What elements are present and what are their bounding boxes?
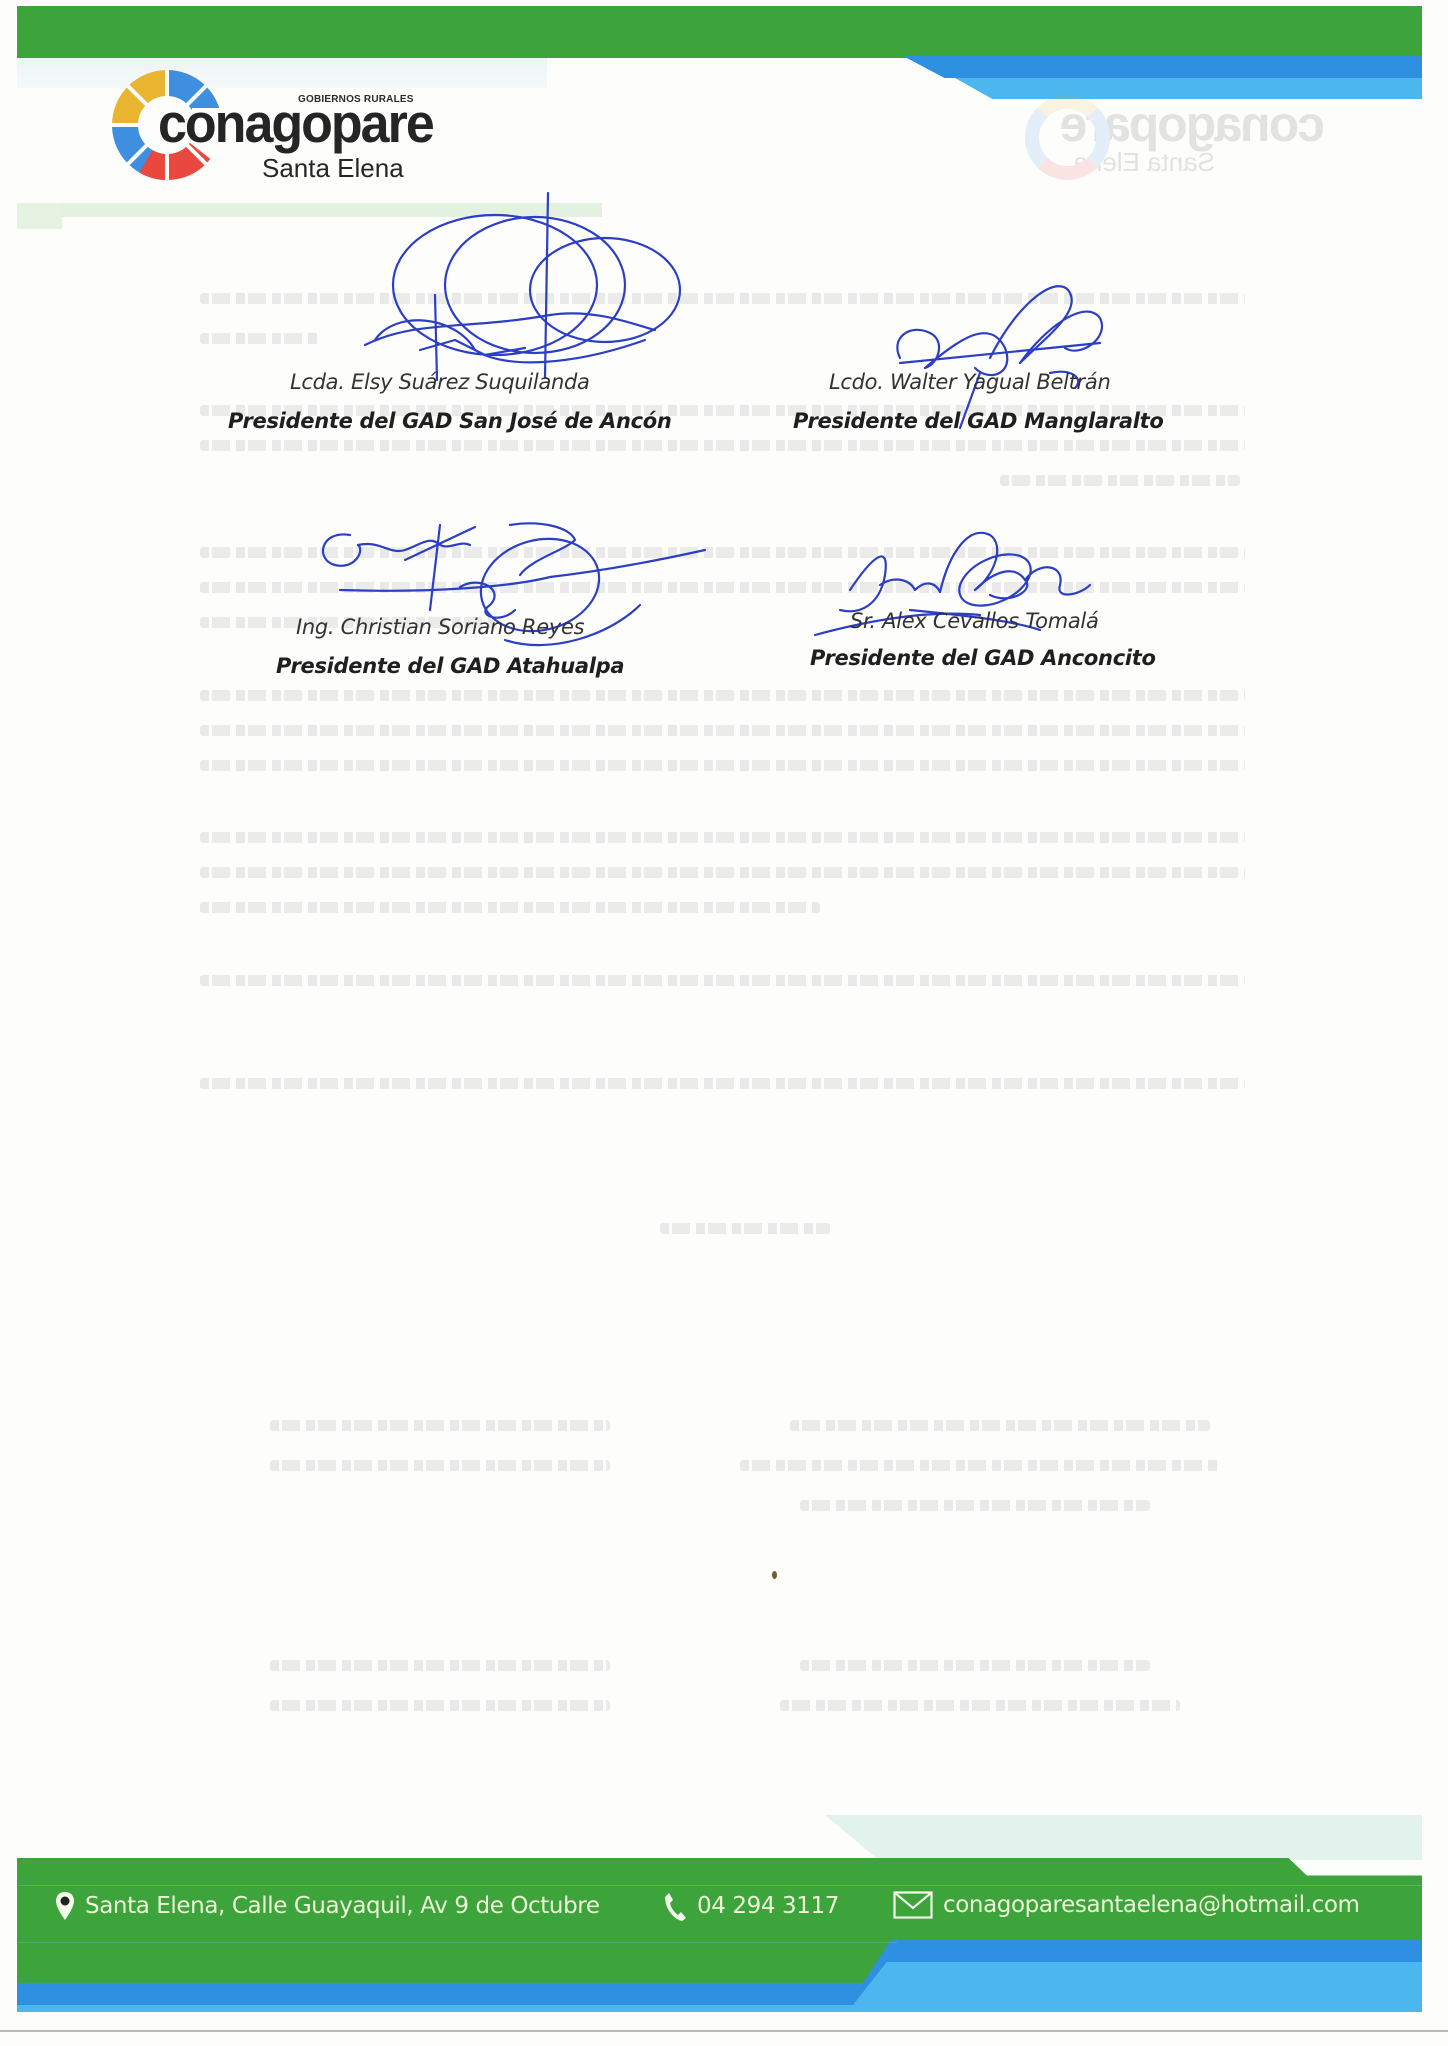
signatory-title: Presidente del GAD San José de Ancón	[228, 409, 672, 433]
footer-email-text[interactable]: conagoparesantaelena@hotmail.com	[943, 1892, 1360, 1918]
signatory-name: Lcdo. Walter Yagual Beltrán	[829, 370, 1110, 394]
footer-phone-text: 04 294 3117	[697, 1893, 839, 1919]
map-pin-icon	[55, 1891, 75, 1921]
logo-wordmark: conagopare	[158, 97, 433, 152]
footer-faint-band	[825, 1815, 1422, 1860]
handwritten-signature-icon	[355, 190, 675, 380]
footer-address-text: Santa Elena, Calle Guayaquil, Av 9 de Oc…	[85, 1893, 600, 1919]
conagopare-logo: GOBIERNOS RURALES conagopare Santa Elena	[110, 68, 450, 188]
signatory-name: Ing. Christian Soriano Reyes	[296, 615, 584, 639]
signatory-name: Lcda. Elsy Suárez Suquilanda	[290, 370, 590, 394]
footer-guide-line	[17, 1885, 1422, 1886]
show-through-logo: conagopare Santa Elena	[1005, 95, 1325, 185]
show-through-ring-icon	[1025, 95, 1110, 180]
header-faint-green-tab	[17, 203, 62, 229]
signatory-title: Presidente del GAD Anconcito	[810, 646, 1156, 670]
signatory-title: Presidente del GAD Manglaralto	[793, 409, 1164, 433]
scan-page-edge	[0, 2030, 1448, 2032]
signatory-name: Sr. Alex Cevallos Tomalá	[850, 609, 1099, 633]
header-green-band	[17, 6, 1422, 58]
footer-email: conagoparesantaelena@hotmail.com	[893, 1891, 1360, 1919]
envelope-icon	[893, 1891, 933, 1919]
phone-icon	[663, 1891, 687, 1921]
footer-address: Santa Elena, Calle Guayaquil, Av 9 de Oc…	[55, 1891, 600, 1921]
header-blue-band	[903, 56, 1422, 78]
logo-region: Santa Elena	[262, 153, 404, 184]
handwritten-signature-icon	[870, 278, 1120, 428]
paper-speck	[772, 1571, 777, 1579]
footer-phone: 04 294 3117	[663, 1891, 839, 1921]
signatory-title: Presidente del GAD Atahualpa	[276, 654, 624, 678]
footer-guide-line	[17, 1942, 897, 1943]
